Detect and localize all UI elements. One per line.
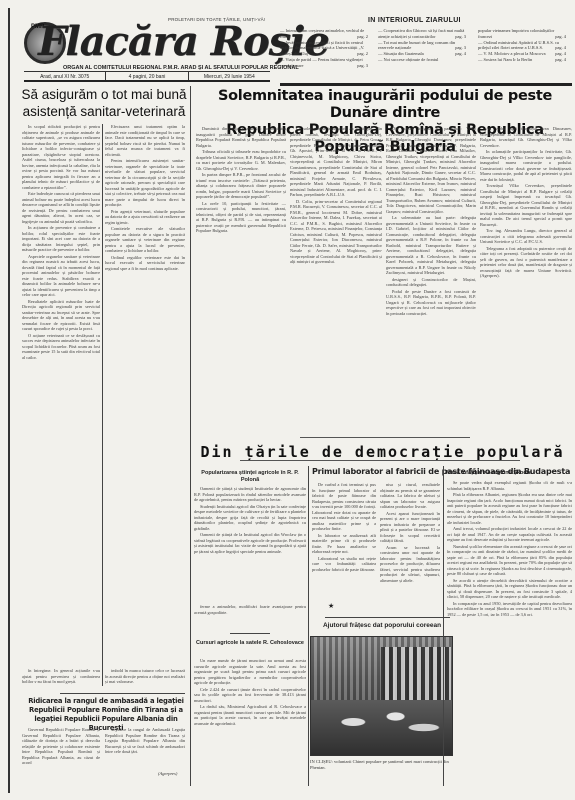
paragraph: La solemnitate au luat parte: delegația … <box>386 215 476 276</box>
paragraph: Laboratorul va studia noi rețete care vo… <box>312 556 376 573</box>
divider <box>325 617 450 618</box>
issue-date: Miercuri, 29 Iunie 1954 <box>189 72 270 80</box>
sanitar-tail-1: în întregime. In general acțiunile s-au … <box>22 668 100 686</box>
headline-sanitar: Să asigurăm o tot mai bună asistență san… <box>18 86 190 120</box>
paragraph: Rezultatele aplicării măsurilor luate de… <box>22 299 100 332</box>
dunare-column-1: Duminică dimineața a avut loc solemnitat… <box>196 126 286 428</box>
sanitar-tail-2: imbold în munca tuturor celor ce lucreaz… <box>105 668 185 686</box>
section-rule <box>240 460 520 461</box>
paragraph: Efectuarea unui tratament optim la anima… <box>105 124 185 157</box>
cehoslovacia-body: Un mare număr de țărani muncitori au urm… <box>194 658 306 794</box>
headline-polonia: Popularizarea științei agricole în R. P.… <box>194 470 306 484</box>
construction-photo <box>310 636 453 756</box>
contents-item: — Tot mai multe bunuri de larg consum di… <box>378 40 466 52</box>
dunare-column-3: Din partea bulgară au participat: Vîlko … <box>386 126 476 428</box>
issue-number: Arad, anul XI Nr. 3075 <box>24 72 106 80</box>
headline-cehoslovacia: Cursuri agricole la satele R. Cehoslovac… <box>194 640 306 647</box>
paragraph: Pentru intensificarea asistenței sanitar… <box>105 158 185 208</box>
headline-coreea: Ajutorul frățesc dat poporului coreean <box>312 622 452 629</box>
divider <box>230 633 270 634</box>
newspaper-page: PROLETARI DIN TOATE ȚĂRILE, UNIȚI-VĂ! PM… <box>0 0 575 800</box>
paragraph: Se poate vedea după exemplul regiunii Șk… <box>447 480 572 491</box>
paragraph: Podul de peste Dunăre a fost construit d… <box>386 289 476 317</box>
contents-page-ref: pag. 2 <box>357 34 368 40</box>
contents-page-ref: pag. 4 <box>555 57 566 63</box>
paragraph: Telegrama a fost adoptată cu puternice o… <box>480 246 572 279</box>
column-divider <box>102 124 103 686</box>
paragraph: Duminică dimineața a avut loc solemnitat… <box>196 126 286 148</box>
divider <box>60 693 185 694</box>
contents-box: IN INTERIORUL ZIARULUI — Intensificăm cr… <box>280 8 572 88</box>
albania-body: Se poate vedea după exemplul regiunii Șk… <box>447 480 572 796</box>
paragraph: La solemnitatea inaugurării au participa… <box>290 126 382 198</box>
contents-item: — Invățămîntul matematicii și fizicii în… <box>280 40 368 57</box>
ambasada-column-1: Guvernul Republicii Populare Romîne și G… <box>22 727 100 777</box>
paragraph: nisa și ciurul, rezultatele obținute au … <box>380 482 440 510</box>
contents-item: — Noi succese obținute de frontul <box>378 57 466 63</box>
contents-item: — Sosirea lui Nam Ir la Berlin pag. 4 <box>478 57 566 63</box>
section-title-democratie: Din țările de democrație populară <box>190 443 575 461</box>
paragraph: O acțiune veterinară ce se desfășoară cu… <box>22 333 100 361</box>
paragraph: La rîndul său, Ministerul Agriculturii a… <box>194 704 306 726</box>
headline-albania: Noua înfățișare a regiunii Șkodra <box>446 470 572 477</box>
contents-item: — Viața de partid — Pentru întărirea vig… <box>280 57 368 69</box>
paragraph: De curînd a fost terminat și pus în func… <box>312 482 376 532</box>
paragraph: Tovarășul Vîlko Cervenkov, președintele … <box>480 183 572 227</box>
contents-item: popular vietnamez împotriva colonialiști… <box>478 28 566 40</box>
binding-rule <box>8 8 10 793</box>
paragraph: Acest aparat funcționează în prezent și … <box>380 511 440 544</box>
paragraph: Un mare număr de țărani muncitori au urm… <box>194 658 306 686</box>
polonia-tail: ferme a animalelor, modificări foarte av… <box>194 604 306 616</box>
paragraph: Au vorbit apoi tovarășul Ivan Dinoasnev,… <box>480 126 572 148</box>
issue-info-bar: Arad, anul XI Nr. 3075 4 pagini, 20 bani… <box>24 71 270 82</box>
sanitar-column-1: In scopul ridicării producției și pentru… <box>22 124 100 684</box>
paragraph: Oamenii de știință de la Institutul agri… <box>194 532 306 554</box>
contents-item: — Cooperativa din Ghioroc să își facă ma… <box>378 28 466 40</box>
contents-rule <box>280 83 572 86</box>
contents-page-ref: pag. 4 <box>455 51 466 57</box>
paragraph: In laborator se analizează atît materiil… <box>312 533 376 555</box>
polonia-body: Oamenii de știință și studenții Institut… <box>194 486 306 602</box>
column-divider <box>443 466 444 786</box>
paragraph: Tov. ing. Alexandru Lungu, director gene… <box>480 228 572 245</box>
contents-column-2: — Cooperativa din Ghioroc să își facă ma… <box>378 28 466 63</box>
paragraph: Oamenii de știință și studenții Institut… <box>194 486 306 503</box>
paragraph: In scopul ridicării producției și pentru… <box>22 124 100 190</box>
paragraph: In comparație cu anul 1950, investițiile… <box>447 601 572 618</box>
photo-caption: IN CLIȘEU: voluntarii Chinei populare pe… <box>310 759 455 771</box>
paragraph: Comitetele executive ale sfaturilor popu… <box>105 226 185 254</box>
contents-item: — Intensificăm creșterea animalelor, vec… <box>280 28 368 40</box>
star-separator-icon: ★ <box>328 602 334 610</box>
paragraph: In aclamațiile participanților la festiv… <box>480 149 572 182</box>
paragraph: La orele 10, participanții la festivitat… <box>196 201 286 234</box>
paragraph: Este îndeobște cunoscut că pierderea unu… <box>22 191 100 224</box>
paragraph: Prin agenții veterinari, sfaturile popul… <box>105 209 185 226</box>
dunare-column-4: Au vorbit apoi tovarășul Ivan Dinoasnev,… <box>480 126 572 428</box>
workers-illustration <box>311 700 452 755</box>
paragraph: D. Coliu, prim-secretar al Comitetului r… <box>290 199 382 265</box>
dunare-column-2: La solemnitatea inaugurării au participa… <box>290 126 382 428</box>
contents-item: — Ordinul ministrului Apărării al U.R.S.… <box>478 40 566 52</box>
contents-column-3: popular vietnamez împotriva colonialiști… <box>478 28 566 63</box>
contents-heading: IN INTERIORUL ZIARULUI <box>368 17 461 24</box>
contents-page-ref: pag. 3 <box>455 34 466 40</box>
sanitar-column-2: Efectuarea unui tratament optim la anima… <box>105 124 185 684</box>
column-divider <box>308 466 309 786</box>
paragraph: In partea dinspre R.P.R., pe frontonul a… <box>196 172 286 200</box>
paragraph: Studenții Institutului agricol din Olszt… <box>194 504 306 532</box>
paragraph: Aspectele organelor sanitare și veterina… <box>22 254 100 298</box>
paragraph: Acum se lucrează la construirea unor noi… <box>380 545 440 584</box>
agerpres-source: (Agerpres) <box>158 771 177 776</box>
ambasada-column-2: să ridice la rangul de Ambasadă Legația … <box>105 727 185 777</box>
budapesta-column-1: De curînd a fost terminat și pus în func… <box>312 482 376 610</box>
budapesta-column-2: nisa și ciurul, rezultatele obținute au … <box>380 482 440 610</box>
paragraph: designeri și Constructorilor de Mașini, … <box>386 277 476 288</box>
paragraph: Pînă la eliberarea Albaniei, regiunea Șk… <box>447 492 572 525</box>
contents-page-ref: pag. 3 <box>357 63 368 69</box>
paragraph: Din partea bulgară au participat: Vîlko … <box>386 126 476 214</box>
paragraph: Tribuna oficială și tribunele erau împod… <box>196 149 286 171</box>
issue-pages-price: 4 pagini, 20 bani <box>106 72 188 80</box>
paragraph: In acțiunea de prevenire și combatere a … <box>22 225 100 253</box>
column-divider <box>190 86 191 786</box>
paragraph: Anul trecut, volumul producției industri… <box>447 526 572 543</box>
contents-page-ref: pag. 4 <box>555 34 566 40</box>
section-rule <box>300 437 470 438</box>
paragraph: Cele 2.424 de cursuri ținute direct în c… <box>194 687 306 704</box>
paragraph: Se acordă o atenție deosebită dezvoltări… <box>447 578 572 600</box>
paragraph: Ordinul regulilor veterinare este dat în… <box>105 255 185 272</box>
paragraph: Numărul școlilor elementare din această … <box>447 544 572 577</box>
building-illustration <box>381 647 451 702</box>
contents-column-1: — Intensificăm creșterea animalelor, vec… <box>280 28 368 69</box>
